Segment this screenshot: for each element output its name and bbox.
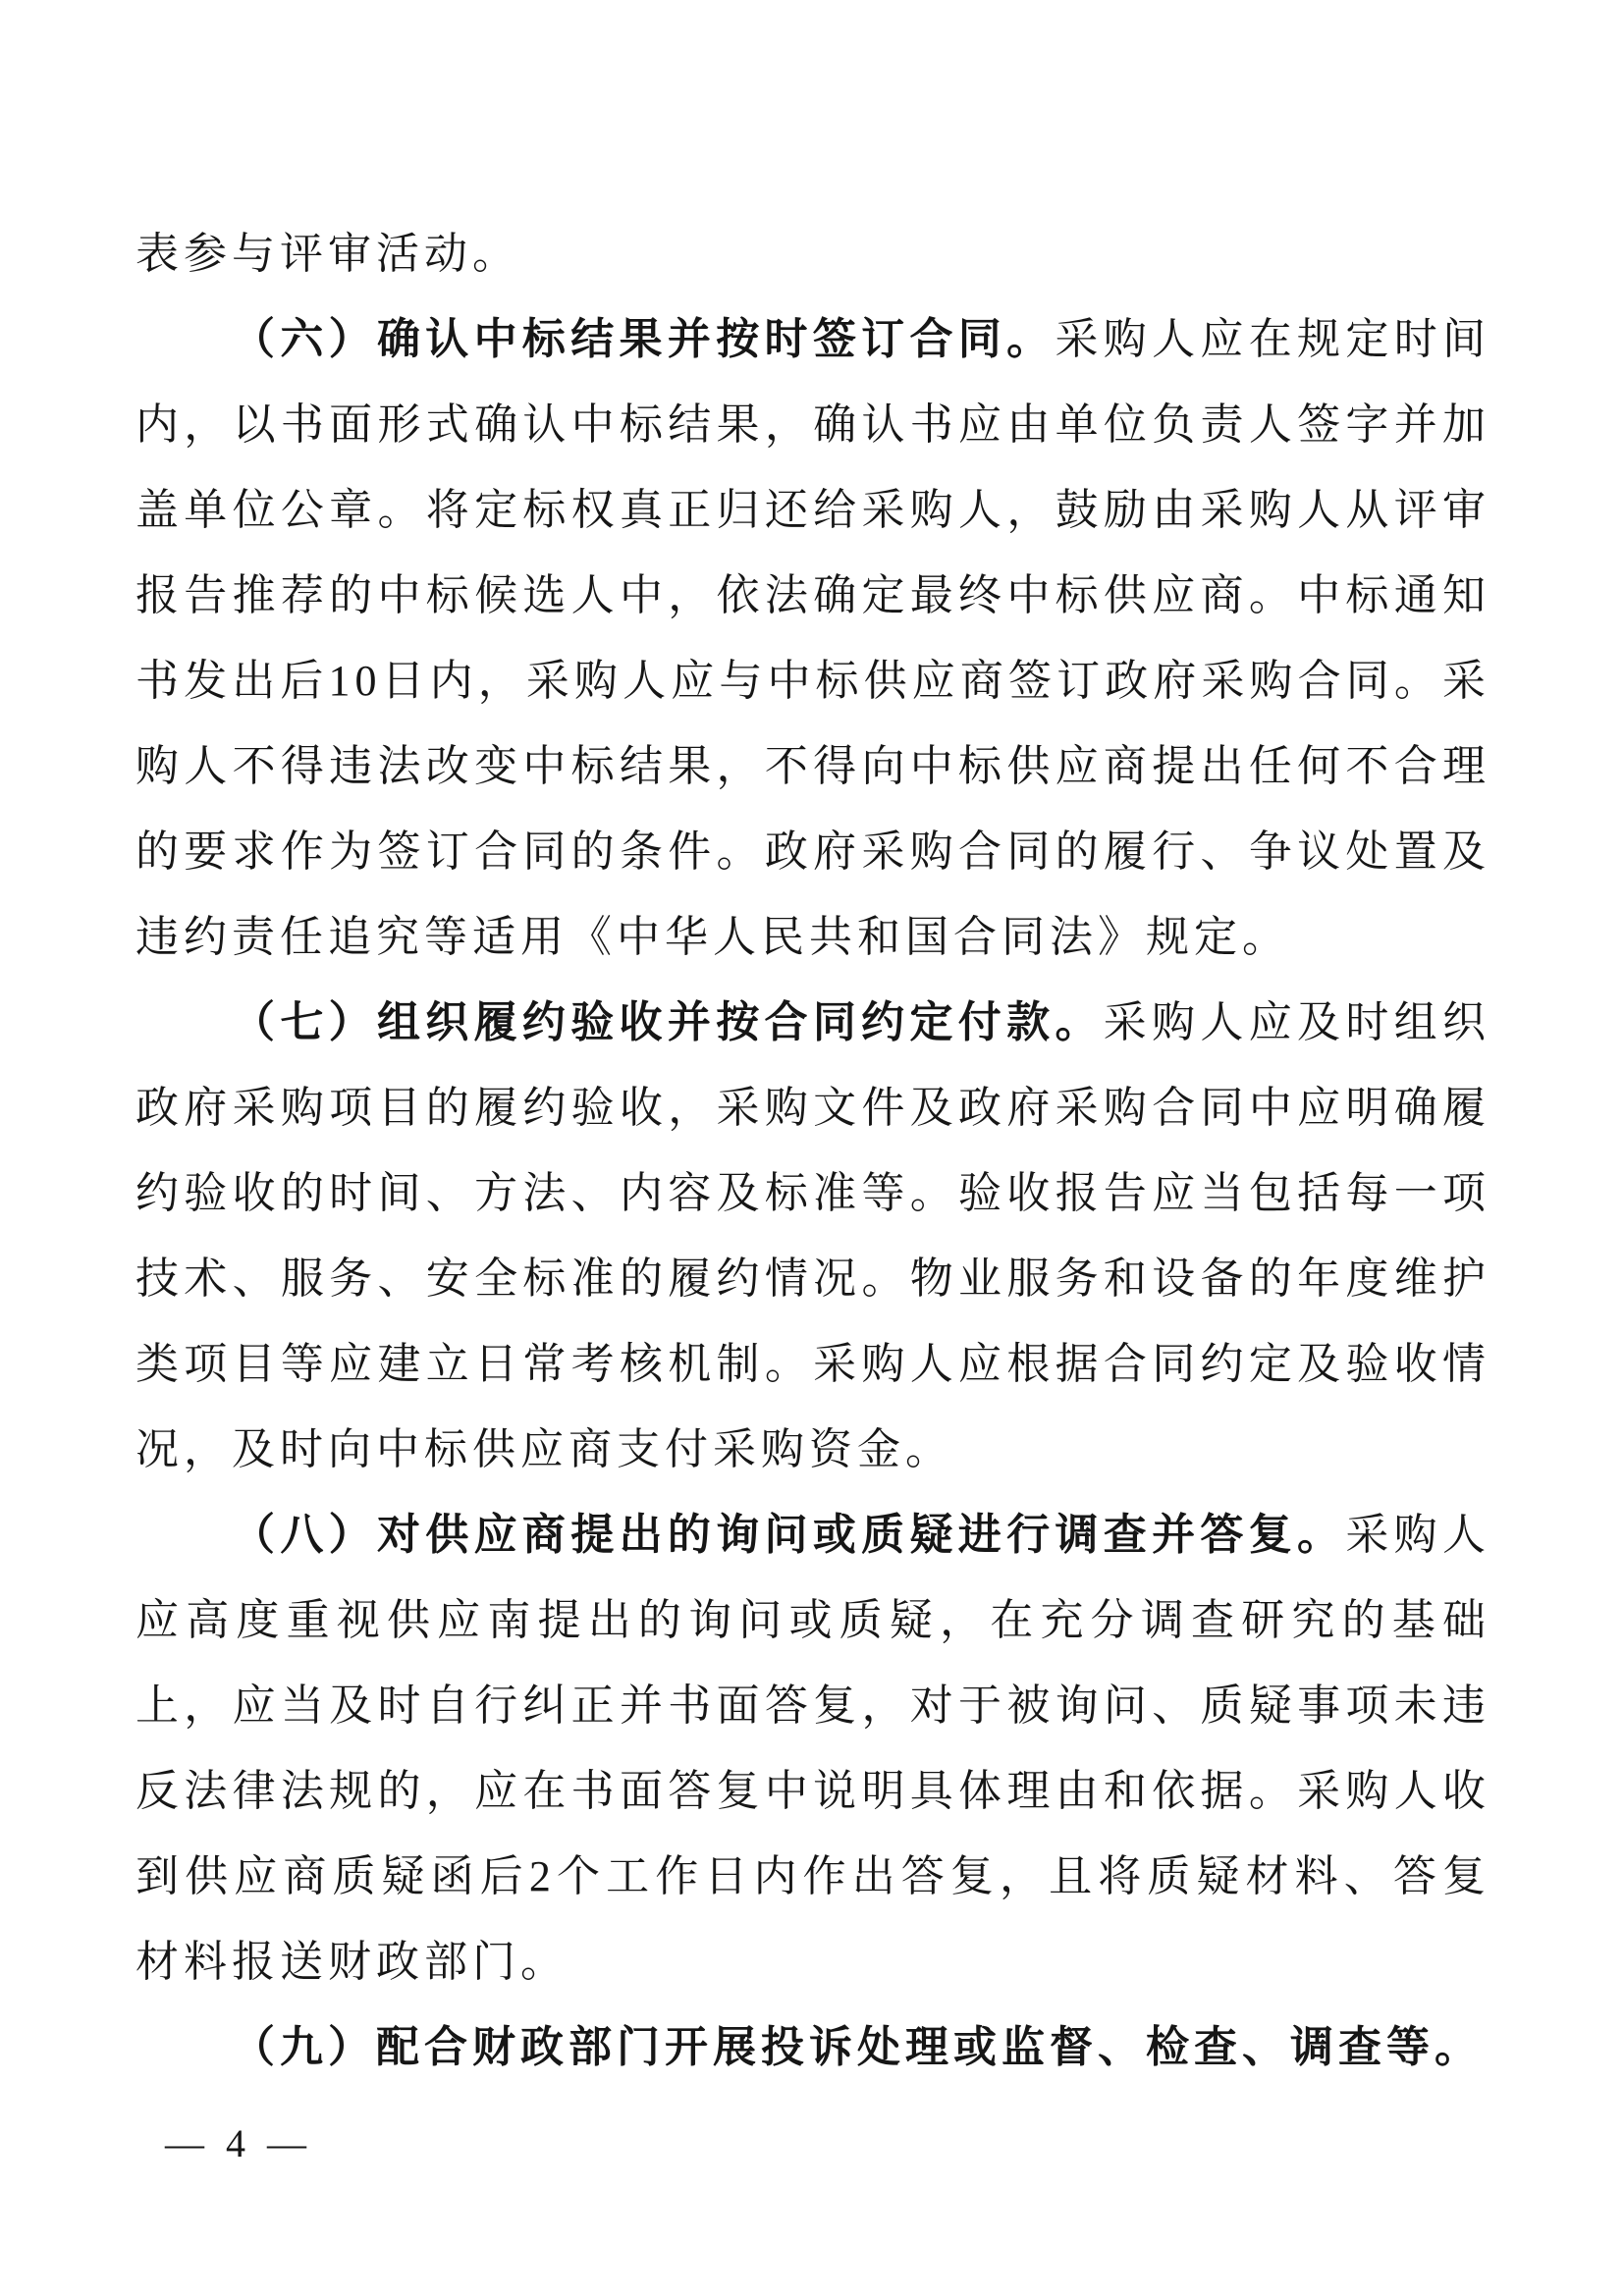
- paragraph-lead: （九）配合财政部门开展投诉处理或监督、检查、调查等。: [232, 2023, 1483, 2071]
- document-page: 表参与评审活动。 （六）确认中标结果并按时签订合同。采购人应在规定时间内，以书面…: [0, 0, 1624, 2296]
- paragraph-text: 表参与评审活动。: [135, 230, 520, 278]
- paragraph-text: 采购人应在规定时间内，以书面形式确认中标结果，确认书应由单位负责人签字并加盖单位…: [135, 315, 1490, 961]
- paragraph-item-9: （九）配合财政部门开展投诉处理或监督、检查、调查等。: [135, 2004, 1490, 2090]
- paragraph-lead: （八）对供应商提出的询问或质疑进行调查并答复。: [232, 1511, 1345, 1559]
- paragraph-item-7: （七）组织履约验收并按合同约定付款。采购人应及时组织政府采购项目的履约验收，采购…: [135, 980, 1490, 1492]
- paragraph-lead: （六）确认中标结果并按时签订合同。: [232, 315, 1055, 363]
- paragraph-item-8: （八）对供应商提出的询问或质疑进行调查并答复。采购人应高度重视供应南提出的询问或…: [135, 1492, 1490, 2004]
- paragraph-continuation: 表参与评审活动。: [135, 211, 1490, 296]
- paragraph-lead: （七）组织履约验收并按合同约定付款。: [232, 998, 1104, 1046]
- paragraph-item-6: （六）确认中标结果并按时签订合同。采购人应在规定时间内，以书面形式确认中标结果，…: [135, 296, 1490, 980]
- paragraph-text: 采购人应及时组织政府采购项目的履约验收，采购文件及政府采购合同中应明确履约验收的…: [135, 998, 1490, 1473]
- body-text: 表参与评审活动。 （六）确认中标结果并按时签订合同。采购人应在规定时间内，以书面…: [135, 211, 1490, 2090]
- page-number: — 4 —: [165, 2120, 312, 2166]
- paragraph-text: 采购人应高度重视供应南提出的询问或质疑，在充分调查研究的基础上，应当及时自行纠正…: [135, 1511, 1490, 1986]
